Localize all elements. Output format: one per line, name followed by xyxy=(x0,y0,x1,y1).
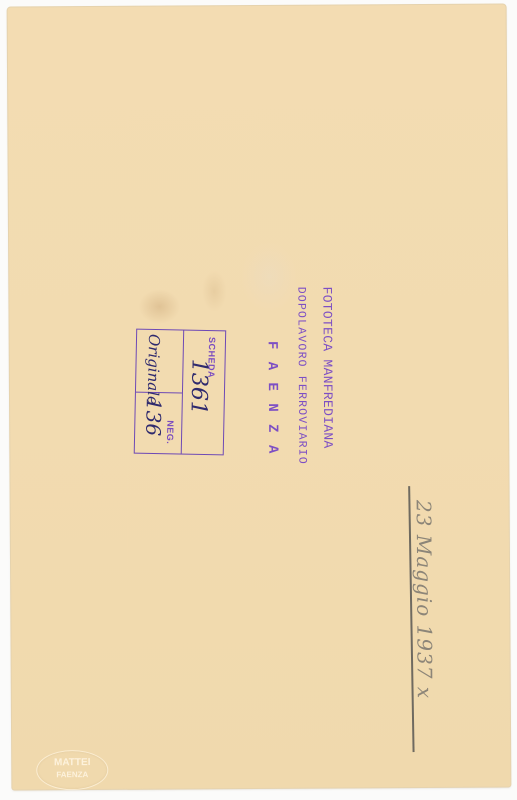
photographer-blind-stamp: MATTEI FAENZA xyxy=(36,750,108,790)
record-box-stamp: SCHEDA 1361 NEG. 136 Originale xyxy=(134,329,226,456)
stamp-faenza: F A E N Z A xyxy=(264,341,281,456)
blind-stamp-line1: MATTEI xyxy=(37,757,107,769)
stamp-fototeca-manfrediana: FOTOTECA MANFREDIANA xyxy=(319,287,335,449)
blind-stamp-line2: FAENZA xyxy=(37,769,107,781)
note-value: Originale xyxy=(144,334,163,405)
photo-card-back: SCHEDA 1361 NEG. 136 Originale FOTOTECA … xyxy=(8,4,511,789)
neg-label: NEG. xyxy=(165,420,175,444)
scheda-value: 1361 xyxy=(186,359,212,415)
stamp-dopolavoro-ferroviario: DOPOLAVORO FERROVIARIO xyxy=(294,287,308,465)
pencil-date-annotation: 23 Maggio 1937 x xyxy=(412,500,437,699)
